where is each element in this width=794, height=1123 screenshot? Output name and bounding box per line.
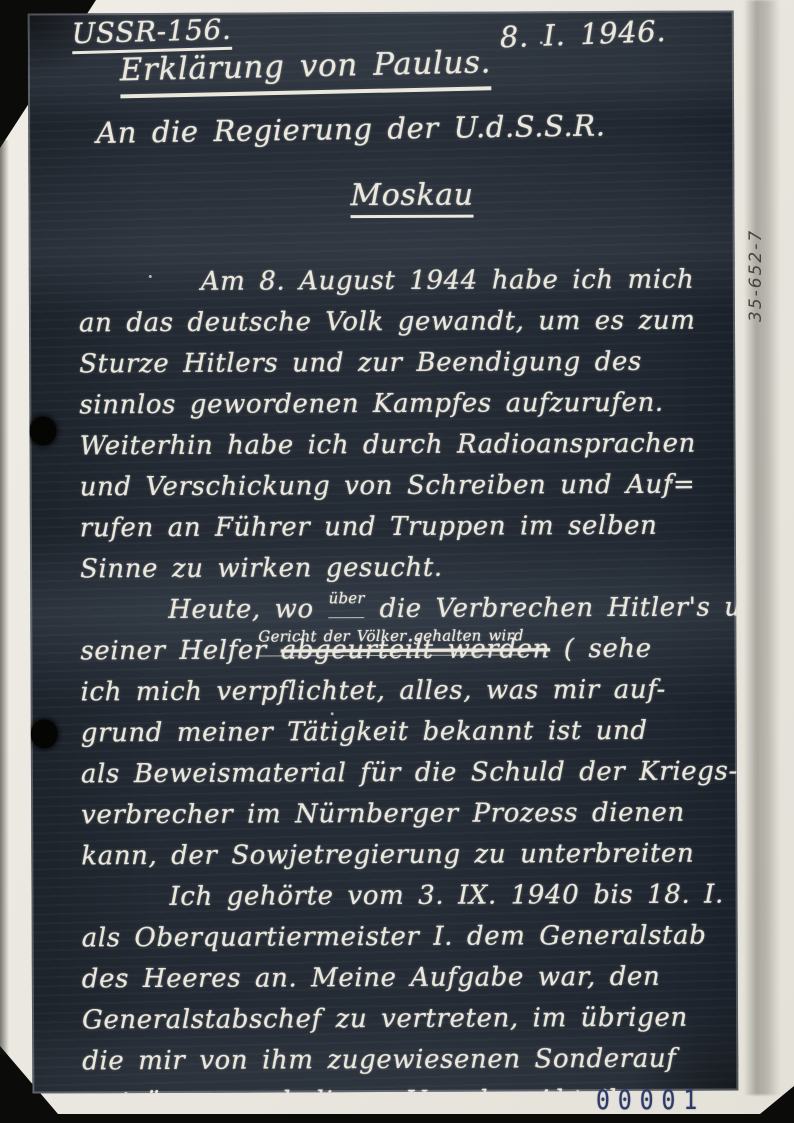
handwritten-line: und Verschickung von Schreiben und Auf= (80, 465, 736, 509)
handwritten-line: als Oberquartiermeister I. dem Generalst… (82, 916, 738, 960)
handwritten-line: an das deutsche Volk gewandt, um es zum (79, 301, 735, 345)
handwritten-line: Sinne zu wirken gesucht. (80, 547, 736, 591)
inserted-correction: über (328, 579, 364, 618)
handwritten-body: Am 8. August 1944 habe ich mich an das d… (29, 260, 739, 1093)
left-edge-shadow (0, 140, 9, 1055)
inserted-correction: Gericht der Völker gehalten wird (258, 616, 523, 656)
handwritten-line: ich mich verpflichtet, alles, was mir au… (81, 670, 737, 714)
handwritten-line: Generalstabschef zu vertreten, im übrige… (82, 998, 738, 1042)
handwritten-line: sinnlos gewordenen Kampfes aufzurufen. (79, 383, 735, 427)
recipient-line: An die Regierung der U.d.S.S.R. (96, 108, 606, 150)
document-title: Erklärung von Paulus. (119, 44, 491, 98)
handwritten-line: Am 8. August 1944 habe ich mich (201, 260, 735, 303)
dust-speck (331, 712, 334, 715)
hole-punch (29, 416, 56, 445)
scanned-document-page: USSR-156. 8. I. 1946. Erklärung von Paul… (0, 0, 794, 1123)
document-date: 8. I. 1946. (499, 14, 667, 55)
exhibit-number: USSR-156. (71, 13, 232, 55)
handwritten-line: des Heeres an. Meine Aufgabe war, den (82, 957, 738, 1001)
handwritten-line: kann, der Sowjetregierung zu unterbreite… (81, 834, 737, 878)
archival-margin-number: 35-652-7 (746, 229, 766, 322)
handwritten-line: Weiterhin habe ich durch Radioansprachen (79, 424, 735, 468)
dust-speck (149, 275, 152, 278)
photostat-negative: USSR-156. 8. I. 1946. Erklärung von Paul… (28, 10, 739, 1093)
handwritten-line: Ich gehörte vom 3. IX. 1940 bis 18. I. 1… (169, 875, 737, 918)
dust-speck (540, 41, 543, 44)
dust-speck (670, 481, 673, 484)
dust-speck (122, 973, 125, 976)
hole-punch (31, 719, 58, 748)
city-line: Moskau (350, 178, 473, 219)
handwritten-line: verbrecher im Nürnberger Prozess dienen (81, 793, 737, 837)
handwritten-line: Sturze Hitlers und zur Beendigung des (79, 342, 735, 386)
handwritten-line: die mir von ihm zugewiesenen Sonderauf (82, 1039, 738, 1083)
page-fold-shadow (744, 0, 780, 1095)
line-text: ( sehe (564, 634, 652, 664)
line-text: seiner Helfer (80, 636, 267, 667)
handwritten-line: rufen an Führer und Truppen im selben (80, 506, 736, 550)
handwritten-line: grund meiner Tätigkeit bekannt ist und (81, 711, 737, 755)
handwritten-line-with-correction: seiner Helfer abgeurteilt werden ( sehe … (80, 629, 736, 673)
handwritten-line: als Beweismaterial für die Schuld der Kr… (81, 752, 737, 796)
page-number-stamp: 00001 (596, 1086, 705, 1116)
